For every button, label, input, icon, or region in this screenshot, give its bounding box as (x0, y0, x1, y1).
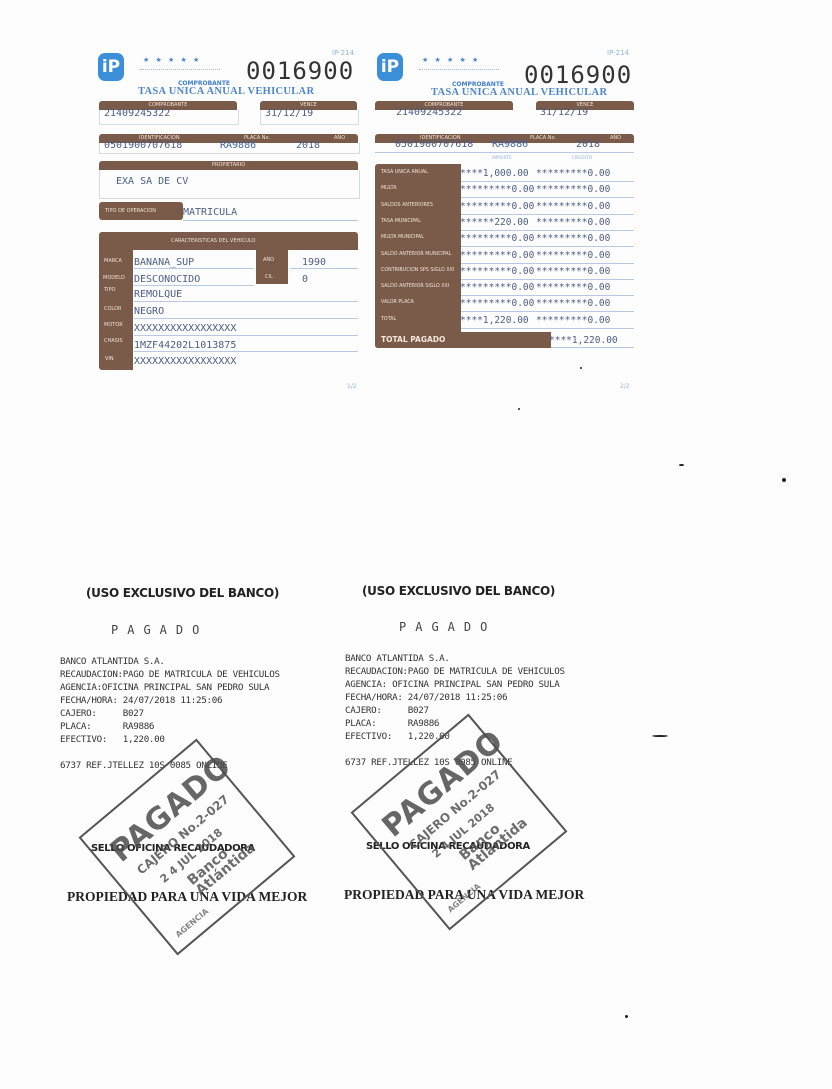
label-marca: MARCA (104, 258, 122, 264)
concepto-importe: *********0.00 (460, 298, 534, 309)
total-pagado-value: ****1,220.00 (549, 335, 618, 346)
chasis-value: 1MZF44202L1013875 (134, 340, 236, 351)
logo-subtext (419, 66, 499, 70)
voucher-title: TASA UNICA ANUAL VEHICULAR (431, 87, 607, 98)
label-anio: AÑO (610, 134, 621, 143)
total-pagado-bar: TOTAL PAGADO (375, 332, 551, 348)
concepto-credito: *********0.00 (536, 217, 610, 228)
label-chasis: CHASIS (104, 338, 123, 344)
vence-value: 31/12/19 (540, 107, 588, 118)
voucher-number: 0016900 (524, 61, 632, 89)
form-code: IP-214 (332, 49, 354, 57)
concepto-credito: *********0.00 (536, 282, 610, 293)
label-color: COLOR (104, 306, 121, 312)
concepto-credito: *********0.00 (536, 315, 610, 326)
motor-value: XXXXXXXXXXXXXXXXX (134, 323, 236, 334)
bank-header: (USO EXCLUSIVO DEL BANCO) (362, 584, 555, 598)
label-caracteristicas-box: CARACTERISTICAS DEL VEHICULO (99, 232, 358, 250)
row-divider (461, 181, 634, 182)
concepto-importe: ******220.00 (460, 217, 529, 228)
concepto-credito: *********0.00 (536, 168, 610, 179)
stamp-agencia: AGENCIA (174, 907, 210, 940)
label-tipo: TIPO (104, 287, 115, 293)
identificacion-value: 0501900707618 (395, 139, 473, 150)
total-pagado-label: TOTAL PAGADO (381, 335, 445, 344)
stars-icon: ★ ★ ★ ★ ★ (143, 56, 201, 64)
receipt-lines: BANCO ATLANTIDA S.A. RECAUDACION:PAGO DE… (60, 655, 280, 772)
comprobante-value: 21409245322 (396, 107, 462, 118)
ip-logo-icon: iP (377, 53, 403, 81)
label-tipo-operacion-box: TIPO DE OPERACION (99, 202, 183, 220)
scan-speck (679, 464, 684, 466)
placa-value: RA9886 (220, 140, 256, 151)
anio-value: 2018 (576, 139, 600, 150)
label-anio-vehiculo: AÑO (263, 257, 274, 263)
concepto-label: MULTA (381, 186, 397, 191)
concepto-importe: ****1,220.00 (460, 315, 529, 326)
propietario-value: EXA SA DE CV (116, 176, 188, 187)
concepto-label: CONTRIBUCION SPS SIGLO XXI (381, 268, 454, 273)
concepto-label: VALOR PLACA (381, 300, 414, 305)
concepto-label: MULTA MUNICIPAL (381, 235, 424, 240)
paid-status: PAGADO (111, 623, 208, 637)
scan-speck (518, 408, 520, 410)
identificacion-value: 0501900707618 (104, 140, 182, 151)
tipo-value: REMOLQUE (134, 289, 182, 300)
row-divider (461, 295, 634, 296)
cil-value: 0 (302, 274, 308, 285)
label-tipo-operacion: TIPO DE OPERACION (105, 208, 156, 214)
label-cil: CIL (265, 274, 273, 280)
row-divider (461, 214, 634, 215)
scan-speck (625, 1015, 628, 1018)
placa-value: RA9886 (492, 139, 528, 150)
row-divider (461, 246, 634, 247)
vence-value: 31/12/19 (265, 108, 313, 119)
marca-value: BANANA_SUP (134, 257, 194, 268)
concepto-importe: *********0.00 (460, 250, 534, 261)
label-caracteristicas: CARACTERISTICAS DEL VEHICULO (171, 238, 255, 244)
scan-speck (782, 478, 786, 482)
label-modelo: MODELO (103, 275, 125, 281)
concepto-credito: *********0.00 (536, 250, 610, 261)
row-divider (461, 197, 634, 198)
concepto-credito: *********0.00 (536, 201, 610, 212)
row-divider (461, 328, 634, 329)
row-divider (461, 279, 634, 280)
column-header-importe: IMPORTE (492, 156, 512, 161)
concepto-label: SALDOS ANTERIORES (381, 203, 433, 208)
vehicle-labels-right: AÑO CIL (256, 250, 288, 284)
concepto-importe: ****1,000.00 (460, 168, 529, 179)
stars-icon: ★ ★ ★ ★ ★ (422, 56, 480, 64)
voucher-title: TASA UNICA ANUAL VEHICULAR (138, 86, 314, 97)
label-anio: AÑO (334, 134, 345, 143)
concepto-label: TASA MUNICIPAL (381, 219, 421, 224)
concepto-credito: *********0.00 (536, 233, 610, 244)
comprobante-value: 21409245322 (104, 108, 170, 119)
paid-status: PAGADO (399, 620, 496, 634)
page-indicator-left: 1/2 (347, 383, 357, 390)
row-divider (461, 311, 634, 312)
label-propietario: PROPIETARIO (99, 161, 358, 170)
concepto-importe: *********0.00 (460, 201, 534, 212)
concepto-importe: *********0.00 (460, 266, 534, 277)
scan-speck (652, 735, 668, 737)
tipo-operacion-value: MATRICULA (183, 207, 237, 218)
form-code: IP-214 (607, 49, 629, 57)
color-value: NEGRO (134, 306, 164, 317)
concepto-credito: *********0.00 (536, 184, 610, 195)
concepto-label: TASA UNICA ANUAL (381, 170, 428, 175)
row-divider (461, 230, 634, 231)
vehicle-labels-column: MARCA MODELO TIPO COLOR MOTOR CHASIS VIN (99, 250, 133, 370)
vin-value: XXXXXXXXXXXXXXXXX (134, 356, 236, 367)
page-indicator-right: 2/2 (620, 383, 630, 390)
label-motor: MOTOR (104, 322, 123, 328)
anio-value: 2018 (296, 140, 320, 151)
concepto-credito: *********0.00 (536, 266, 610, 277)
stamp-agencia: AGENCIA (446, 882, 482, 915)
concepto-label: TOTAL (381, 317, 396, 322)
concepto-label: SALDO ANTERIOR MUNICIPAL (381, 252, 451, 257)
concepto-importe: *********0.00 (460, 282, 534, 293)
logo-subtext (140, 66, 220, 70)
voucher-number: 0016900 (246, 57, 354, 85)
label-vin: VIN (105, 356, 114, 362)
modelo-value: DESCONOCIDO (134, 274, 200, 285)
ip-logo-icon: iP (98, 53, 124, 81)
row-divider (461, 263, 634, 264)
column-header-credito: CREDITO (572, 156, 592, 161)
divider (183, 220, 358, 221)
anio-vehiculo-value: 1990 (302, 257, 326, 268)
scan-speck (580, 367, 582, 369)
concepto-importe: *********0.00 (460, 233, 534, 244)
concepto-importe: *********0.00 (460, 184, 534, 195)
concepto-label: SALDO ANTERIOR SIGLO XXI (381, 284, 449, 289)
bank-header: (USO EXCLUSIVO DEL BANCO) (86, 586, 279, 600)
label-placa: PLACA No. (530, 134, 556, 143)
concepto-credito: *********0.00 (536, 298, 610, 309)
